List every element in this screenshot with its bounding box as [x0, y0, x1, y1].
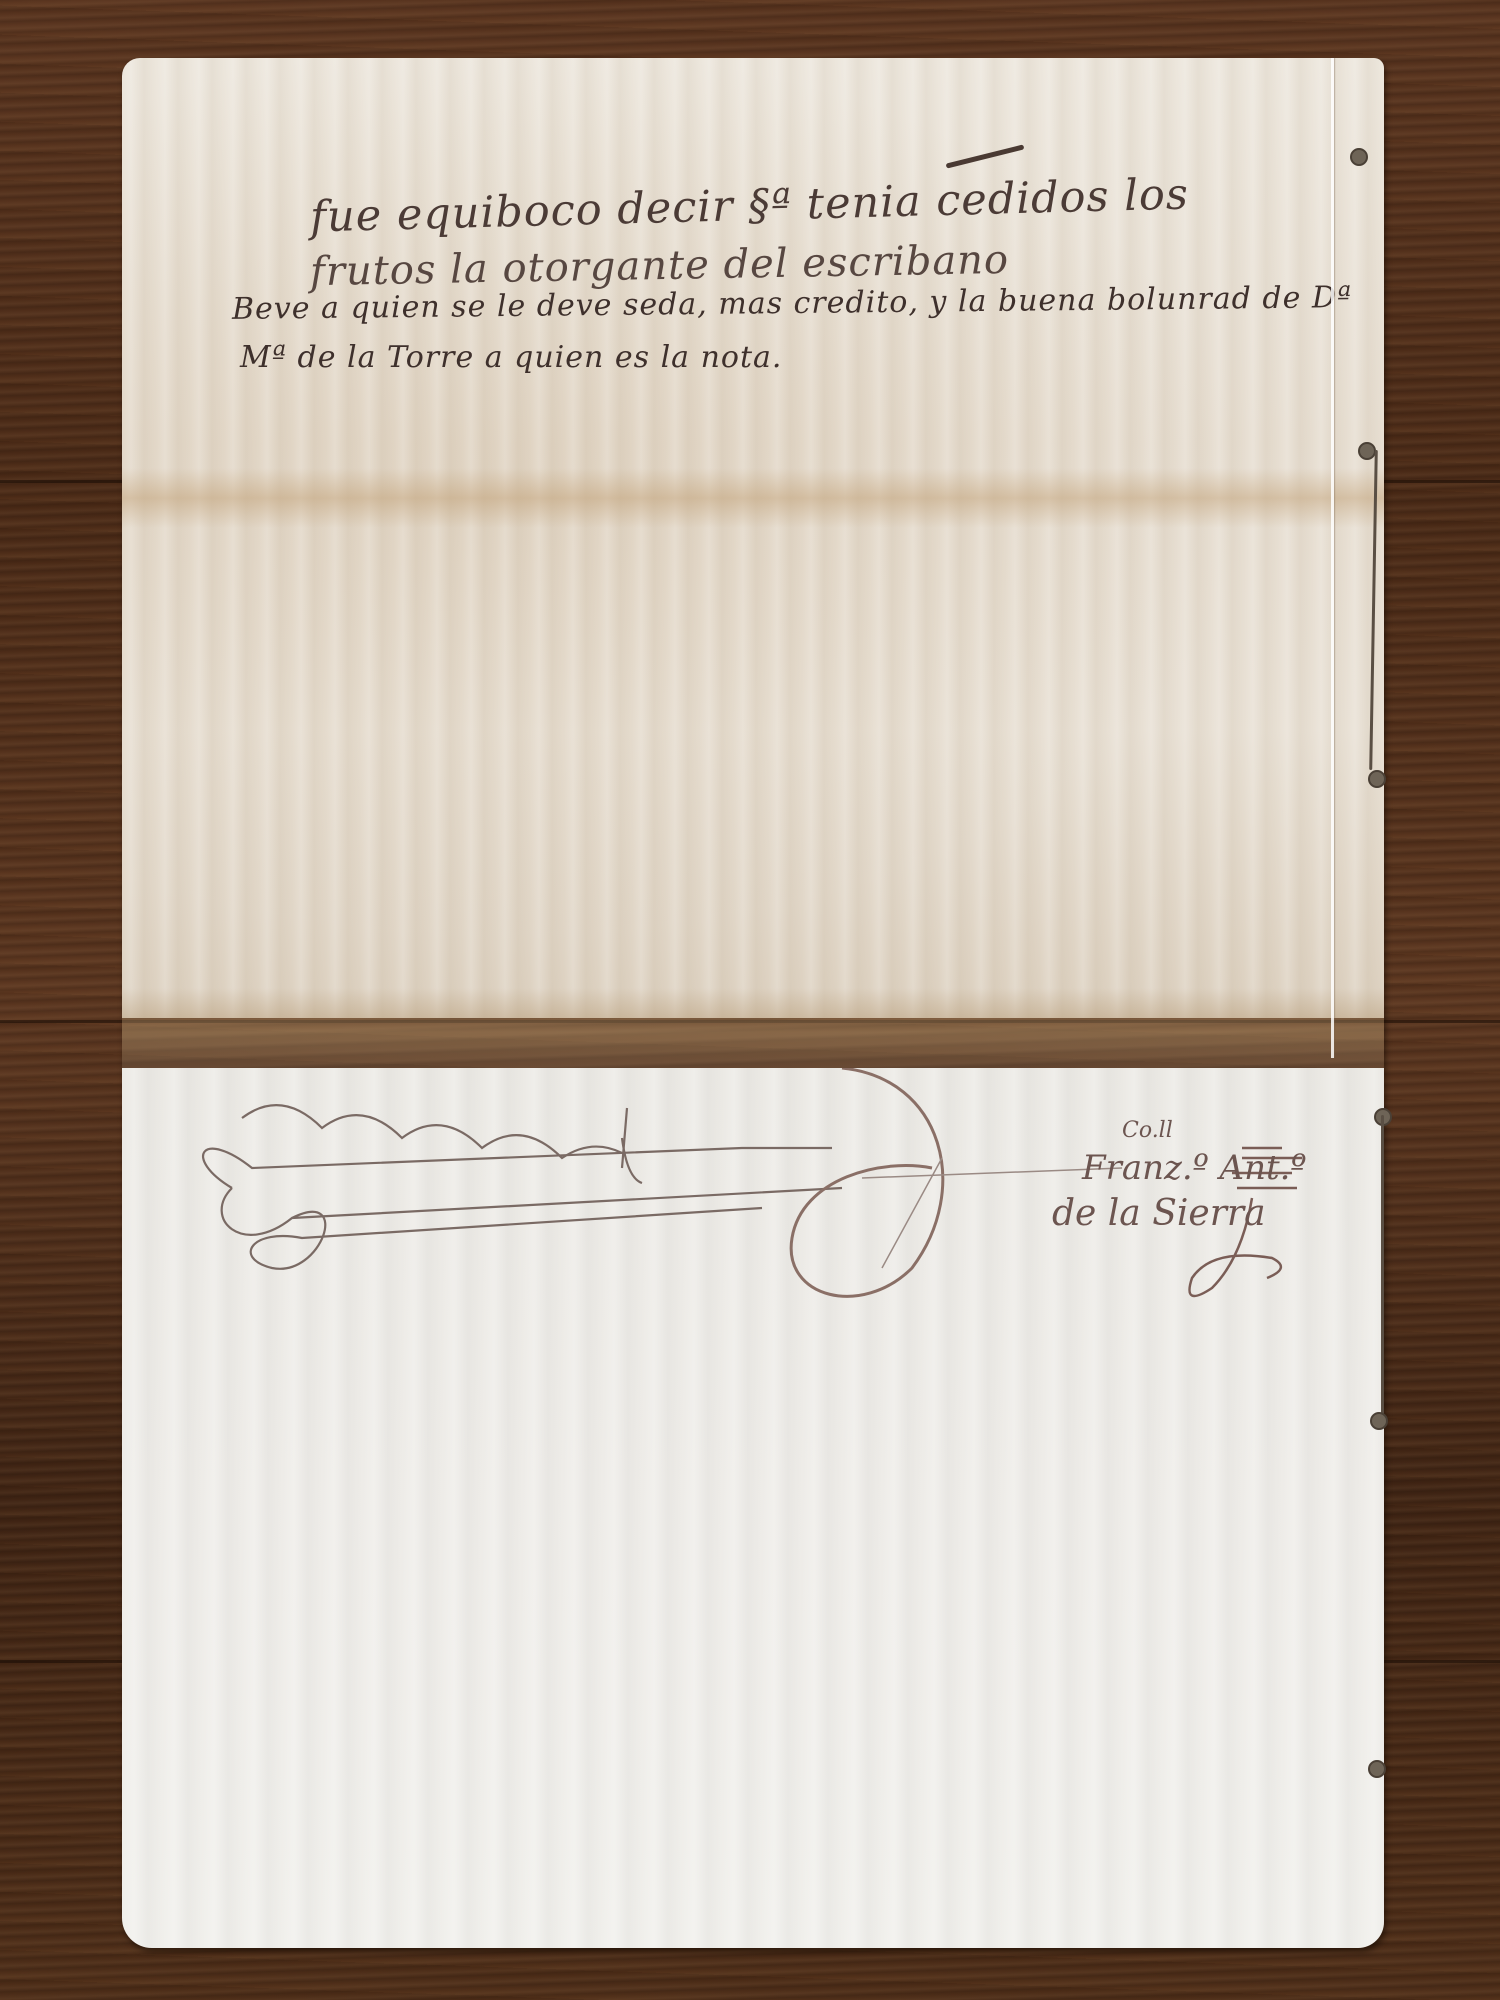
manuscript-line-1: fue equiboco decir §ª tenia cedidos los: [309, 170, 1189, 243]
binding-fold-edge: [1331, 58, 1334, 1058]
lower-panel: Co.ll Franz.º Ant.º de la Sierra: [122, 1068, 1384, 1948]
binding-stitch: [1368, 1760, 1386, 1778]
manuscript-page: fue equiboco decir §ª tenia cedidos los …: [122, 58, 1384, 1948]
binding-thread: [1381, 1115, 1384, 1415]
binding-stitch: [1370, 1412, 1388, 1430]
upper-folded-panel: fue equiboco decir §ª tenia cedidos los …: [122, 58, 1384, 1018]
ink-stroke: [946, 144, 1025, 168]
binding-stitch: [1358, 442, 1376, 460]
fold-crease: [122, 988, 1384, 1068]
signature-line-1: Franz.º Ant.º: [1082, 1148, 1306, 1188]
signature-line-2: de la Sierra: [1052, 1193, 1266, 1234]
binding-stitch: [1350, 148, 1368, 166]
fold-stain: [122, 468, 1384, 528]
binding-stitch: [1368, 770, 1386, 788]
signature-superscript: Co.ll: [1122, 1118, 1173, 1143]
manuscript-line-4: Mª de la Torre a quien es la nota.: [240, 340, 782, 375]
